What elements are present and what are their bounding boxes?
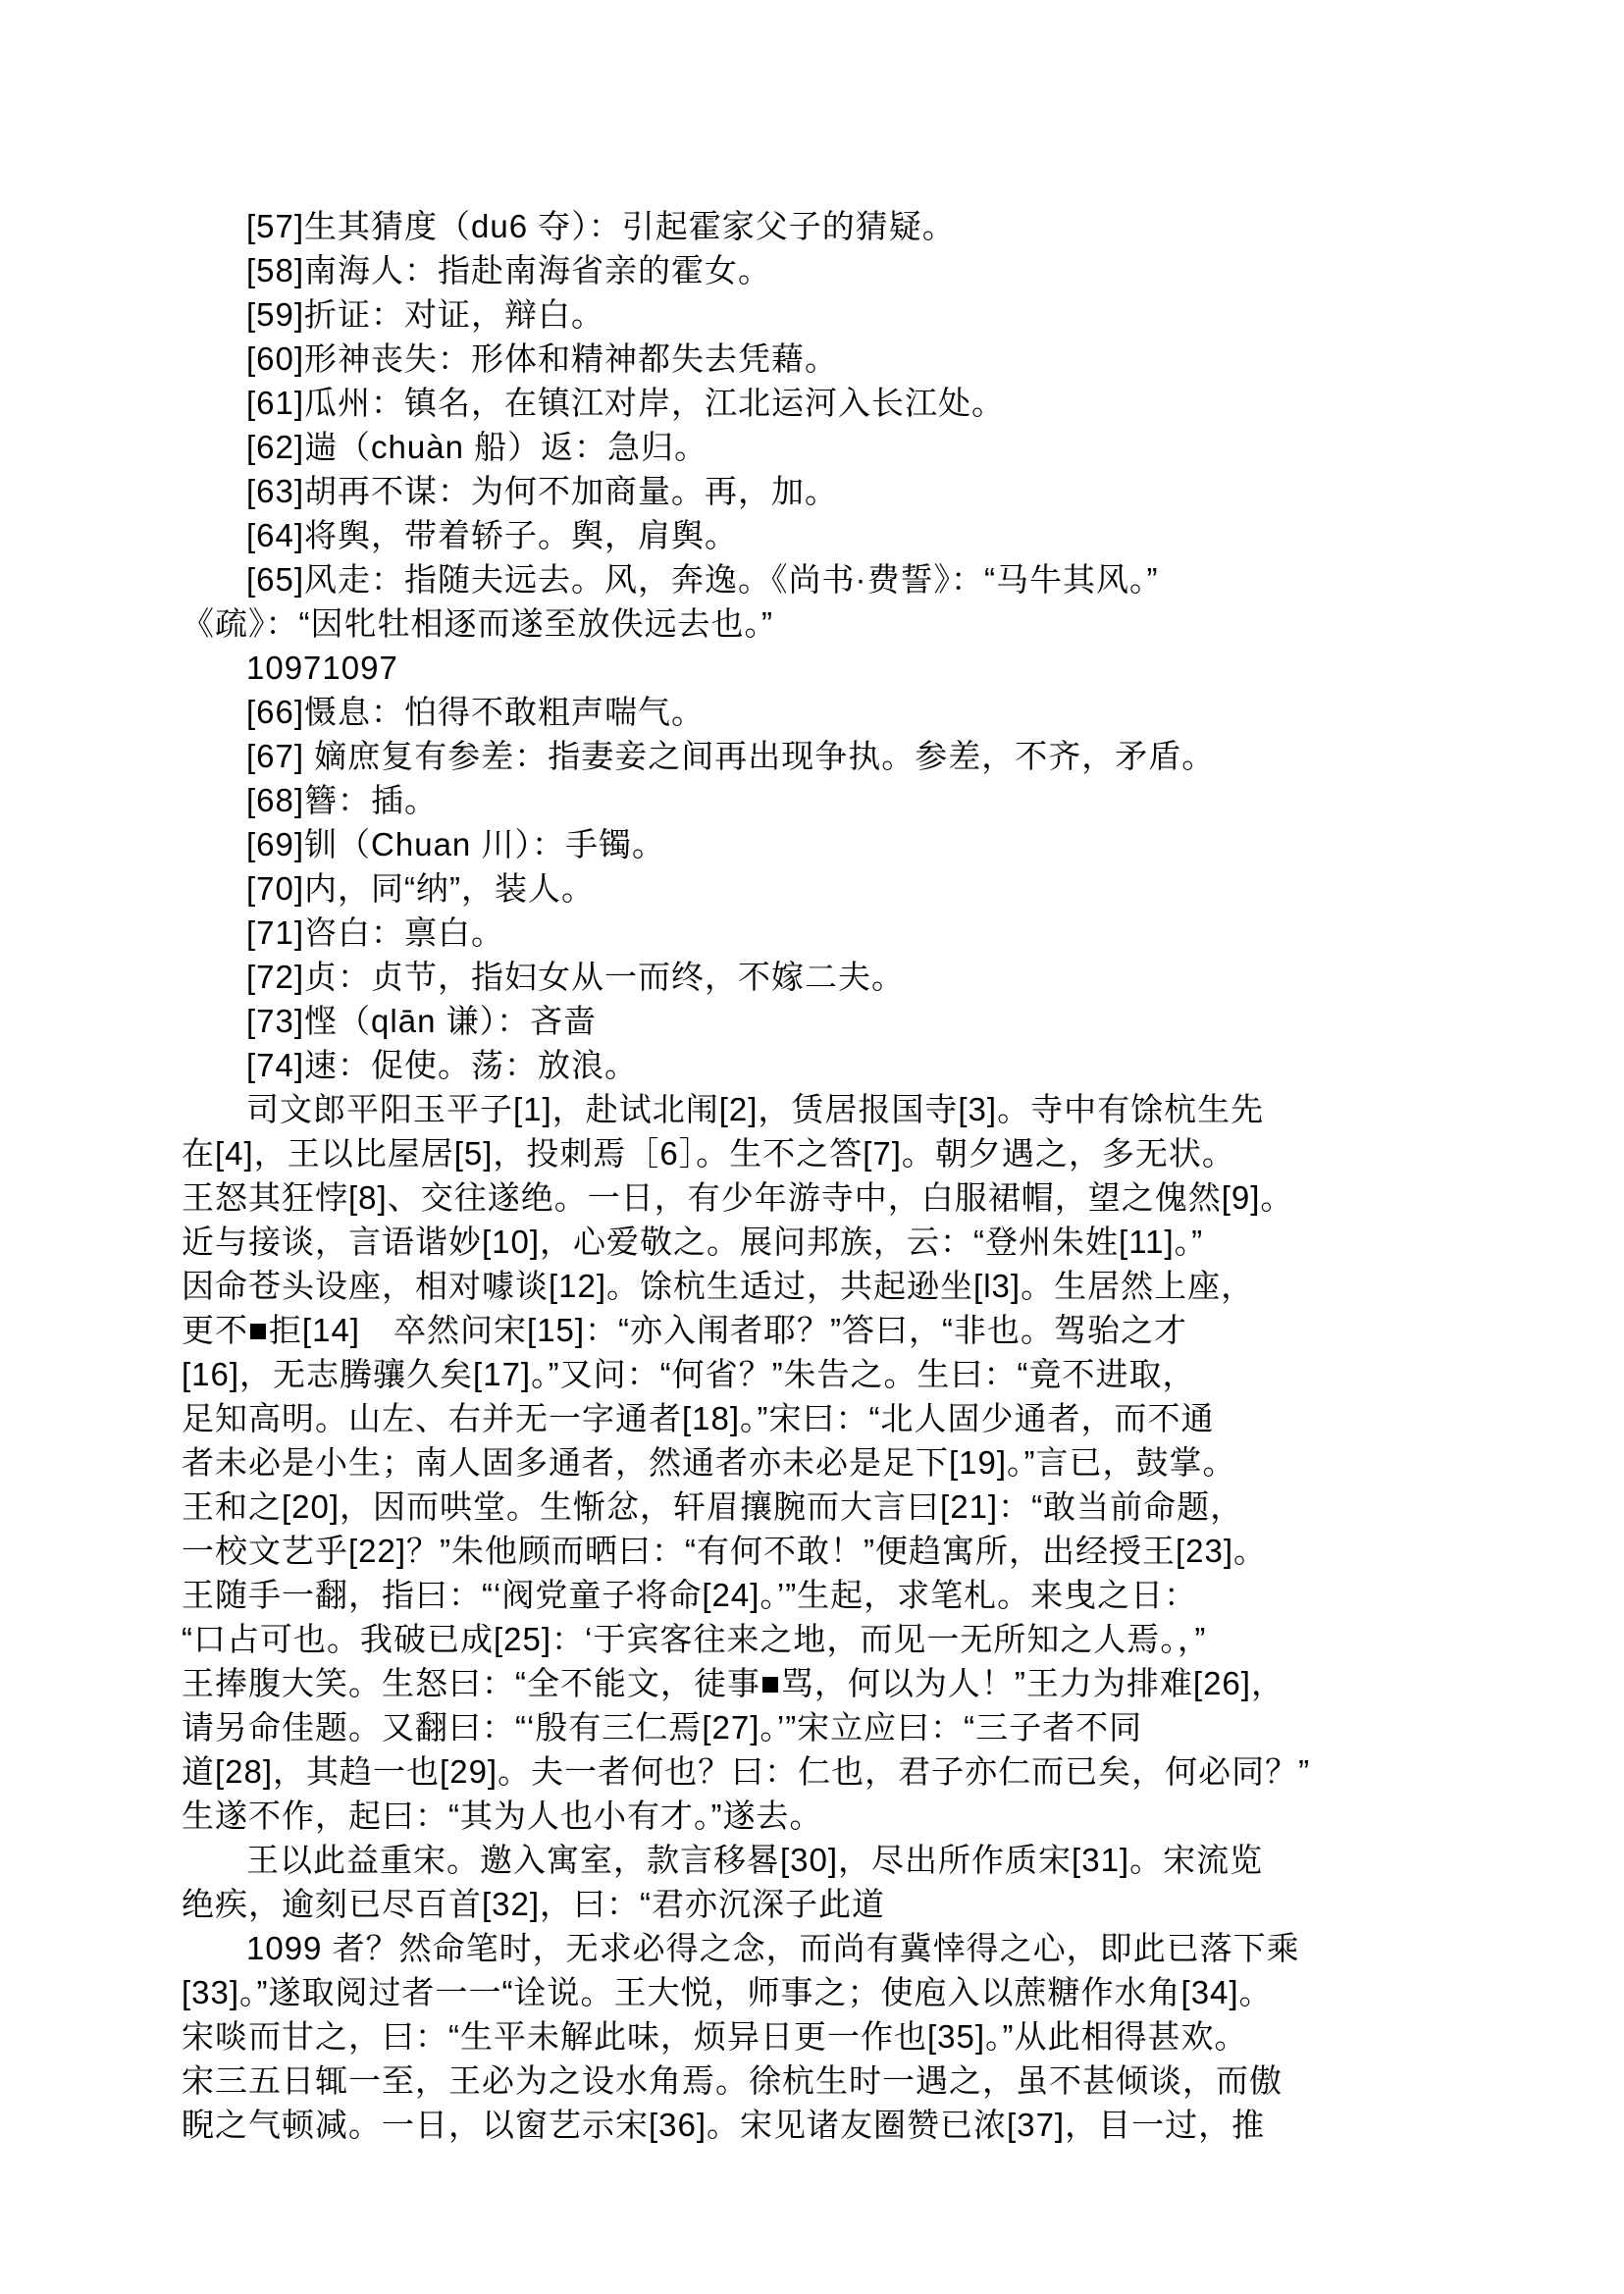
text-line: 足知高明。山左、右并无一字通者[18]。”宋曰：“北人固少通者，而不通: [182, 1396, 1449, 1440]
text-line: 王捧腹大笑。生怒曰：“全不能文，徒事■骂，何以为人！”王力为排难[26]，: [182, 1661, 1449, 1705]
text-line: 因命苍头设座，相对噱谈[12]。馀杭生适过，共起逊坐[l3]。生居然上座，: [182, 1264, 1449, 1308]
text-line: [65]风走：指随夫远去。风，奔逸。《尚书·费誓》：“马牛其风。”: [182, 557, 1449, 601]
text-line: 更不■拒[14] 卒然问宋[15]：“亦入闱者耶？”答曰，“非也。驾骀之才: [182, 1308, 1449, 1352]
text-line: [60]形神丧失：形体和精神都失去凭藉。: [182, 337, 1449, 381]
text-line: [57]生其猜度（du6 夺）：引起霍家父子的猜疑。: [182, 204, 1449, 248]
text-line: 司文郎平阳玉平子[1]，赴试北闱[2]，赁居报国寺[3]。寺中有馀杭生先: [182, 1087, 1449, 1131]
text-line: [66]慑息：怕得不敢粗声喘气。: [182, 690, 1449, 734]
text-line: [69]钏（Chuan 川）：手镯。: [182, 822, 1449, 866]
text-line: [63]胡再不谋：为何不加商量。再，加。: [182, 469, 1449, 513]
text-line: 《疏》：“因牝牡相逐而遂至放佚远去也。”: [182, 601, 1449, 646]
text-line: [71]咨白：禀白。: [182, 911, 1449, 955]
text-line: [74]速：促使。荡：放浪。: [182, 1043, 1449, 1087]
text-line: 王随手一翻，指曰：“‘阀党童子将命[24]。’”生起，求笔札。来曳之日：: [182, 1573, 1449, 1617]
text-line: 宋三五日辄一至，王必为之设水角焉。徐杭生时一遇之，虽不甚倾谈，而傲: [182, 2059, 1449, 2103]
text-line: 近与接谈，言语谐妙[10]，心爱敬之。展问邦族，云：“登州朱姓[11]。”: [182, 1220, 1449, 1264]
text-line: [68]簪：插。: [182, 778, 1449, 822]
text-line: 一校文艺乎[22]？”朱他顾而晒曰：“有何不敢！”便趋寓所，出经授王[23]。: [182, 1529, 1449, 1573]
text-line: [70]内，同“纳”，装人。: [182, 866, 1449, 911]
text-line: 绝疾，逾刻已尽百首[32]，曰：“君亦沉深子此道: [182, 1882, 1449, 1926]
text-line: [73]悭（qlān 谦）：吝啬: [182, 999, 1449, 1043]
text-line: 睨之气顿减。一日，以窗艺示宋[36]。宋见诸友圈赞已浓[37]，目一过，推: [182, 2103, 1449, 2147]
text-line: [67] 嫡庶复有参差：指妻妾之间再出现争执。参差，不齐，矛盾。: [182, 734, 1449, 778]
text-line: 宋啖而甘之，曰：“生平未解此味，烦异日更一作也[35]。”从此相得甚欢。: [182, 2014, 1449, 2059]
text-line: 王和之[20]，因而哄堂。生惭忿，轩眉攘腕而大言曰[21]：“敢当前命题，: [182, 1485, 1449, 1529]
text-line: [62]遄（chuàn 船）返：急归。: [182, 425, 1449, 469]
text-line: [61]瓜州：镇名，在镇江对岸，江北运河入长江处。: [182, 381, 1449, 425]
text-line: 1099 者？然命笔时，无求必得之念，而尚有冀悻得之心，即此已落下乘: [182, 1926, 1449, 1970]
text-line: 10971097: [182, 646, 1449, 690]
text-line: “口占可也。我破已成[25]：‘于宾客往来之地，而见一无所知之人焉。，”: [182, 1617, 1449, 1661]
text-line: 请另命佳题。又翻曰：“‘殷有三仁焉[27]。’”宋立应曰：“三子者不同: [182, 1705, 1449, 1749]
text-line: 生遂不作，起曰：“其为人也小有才。”遂去。: [182, 1794, 1449, 1838]
text-line: 王以此益重宋。邀入寓室，款言移晷[30]，尽出所作质宋[31]。宋流览: [182, 1838, 1449, 1882]
text-line: [64]将舆，带着轿子。舆，肩舆。: [182, 513, 1449, 557]
text-line: 道[28]，其趋一也[29]。夫一者何也？曰：仁也，君子亦仁而已矣，何必同？”: [182, 1749, 1449, 1794]
document-lines: [57]生其猜度（du6 夺）：引起霍家父子的猜疑。[58]南海人：指赴南海省亲…: [182, 204, 1449, 2147]
document-page: [57]生其猜度（du6 夺）：引起霍家父子的猜疑。[58]南海人：指赴南海省亲…: [0, 0, 1624, 2294]
text-line: [33]。”遂取阅过者一一“诠说。王大悦，师事之；使庖入以蔗糖作水角[34]。: [182, 1970, 1449, 2014]
text-line: 王怒其狂悖[8]、交往遂绝。一日，有少年游寺中，白服裙帽，望之傀然[9]。: [182, 1175, 1449, 1220]
text-line: 者未必是小生；南人固多通者，然通者亦未必是足下[19]。”言已，鼓掌。: [182, 1440, 1449, 1485]
text-line: [72]贞：贞节，指妇女从一而终，不嫁二夫。: [182, 955, 1449, 999]
text-line: [16]，无志腾骧久矣[17]。”又问：“何省？”朱告之。生曰：“竟不进取，: [182, 1352, 1449, 1396]
text-line: [59]折证：对证，辩白。: [182, 292, 1449, 337]
text-line: 在[4]，王以比屋居[5]，投刺焉［6］。生不之答[7]。朝夕遇之，多无状。: [182, 1131, 1449, 1175]
text-line: [58]南海人：指赴南海省亲的霍女。: [182, 248, 1449, 292]
